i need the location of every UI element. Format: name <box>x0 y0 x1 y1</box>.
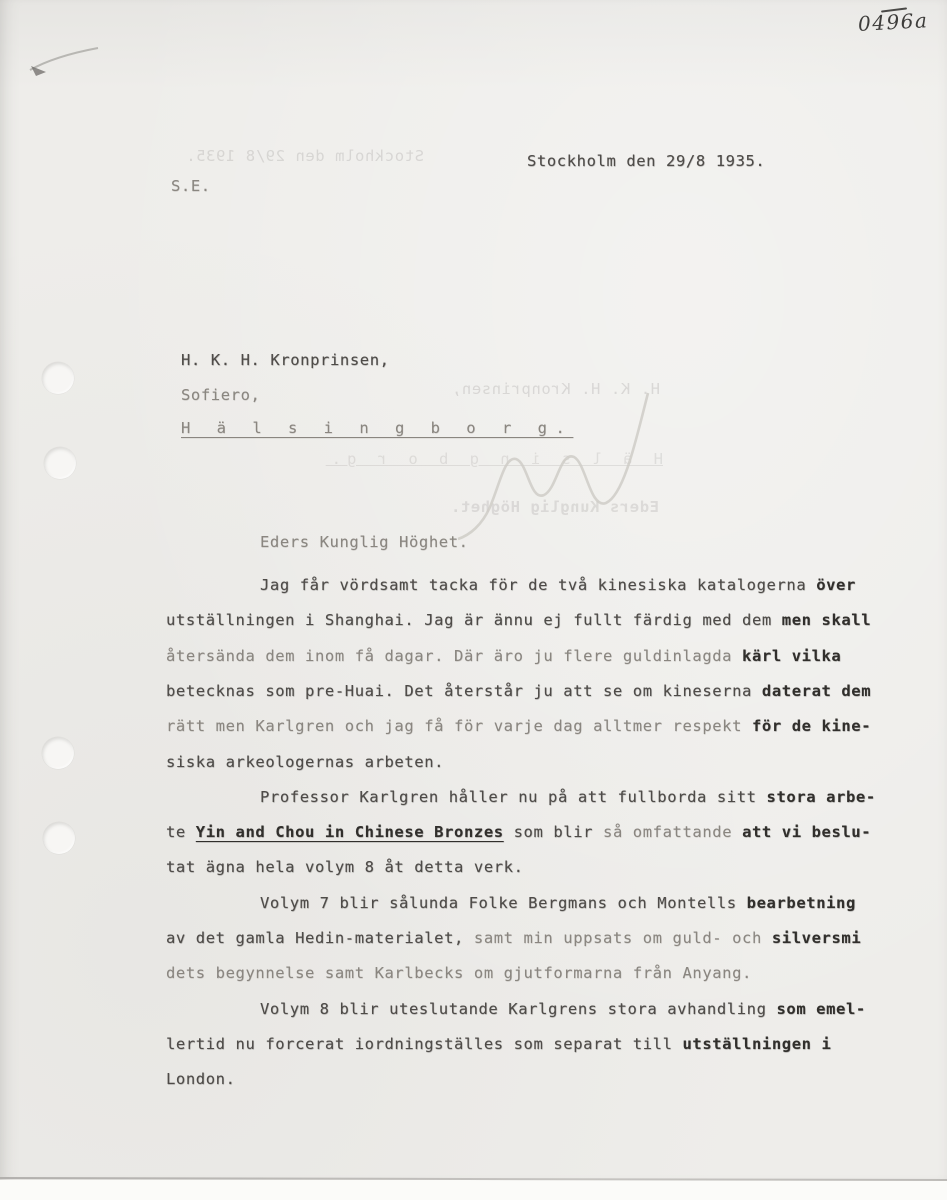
body-line-1: Jag får vördsamt tacka för de två kinesi… <box>166 576 947 594</box>
recipient-name: H. K. H. Kronprinsen, <box>181 351 390 369</box>
bleedthrough-date: Stockholm den 29/8 1935. <box>132 147 424 165</box>
body-line-15: London. <box>166 1070 936 1088</box>
punch-hole <box>42 362 74 394</box>
punch-hole <box>44 447 76 479</box>
corner-fold-mark <box>0 30 120 120</box>
body-line-9: tat ägna hela volym 8 åt detta verk. <box>166 858 936 876</box>
bleedthrough-signature-squiggle <box>440 385 680 545</box>
recipient-residence: Sofiero, <box>181 386 260 404</box>
scanned-letter-screenshot: { "scan": { "archive_number": "0496a", "… <box>0 0 947 1200</box>
body-line-10: Volym 7 blir sålunda Folke Bergmans och … <box>166 894 947 912</box>
body-line-11: av det gamla Hedin-materialet, samt min … <box>166 929 936 947</box>
body-line-2: utställningen i Shanghai. Jag är ännu ej… <box>166 611 936 629</box>
recipient-city: H ä l s i n g b o r g. <box>181 419 573 437</box>
body-line-5: rätt men Karlgren och jag få för varje d… <box>166 717 936 735</box>
body-line-6: siska arkeologernas arbeten. <box>166 753 936 771</box>
letter-page: 0496a Stockholm den 29/8 1935. H. K. H. … <box>0 0 947 1180</box>
body-line-8: te Yin and Chou in Chinese Bronzes som b… <box>166 823 936 841</box>
body-line-12: dets begynnelse samt Karlbecks om gjutfo… <box>166 964 936 982</box>
body-line-13: Volym 8 blir uteslutande Karlgrens stora… <box>166 1000 947 1018</box>
body-line-4: betecknas som pre-Huai. Det återstår ju … <box>166 682 936 700</box>
body-line-3: återsända dem inom få dagar. Där äro ju … <box>166 647 936 665</box>
punch-hole <box>43 822 75 854</box>
salutation: Eders Kunglig Höghet. <box>260 533 469 551</box>
archive-number: 0496a <box>857 8 928 36</box>
punch-hole <box>42 737 74 769</box>
body-line-7: Professor Karlgren håller nu på att full… <box>166 788 947 806</box>
body-line-14: lertid nu forcerat iordningställes som s… <box>166 1035 936 1053</box>
date-line: Stockholm den 29/8 1935. <box>527 152 765 170</box>
sender-initials: S.E. <box>171 177 211 195</box>
